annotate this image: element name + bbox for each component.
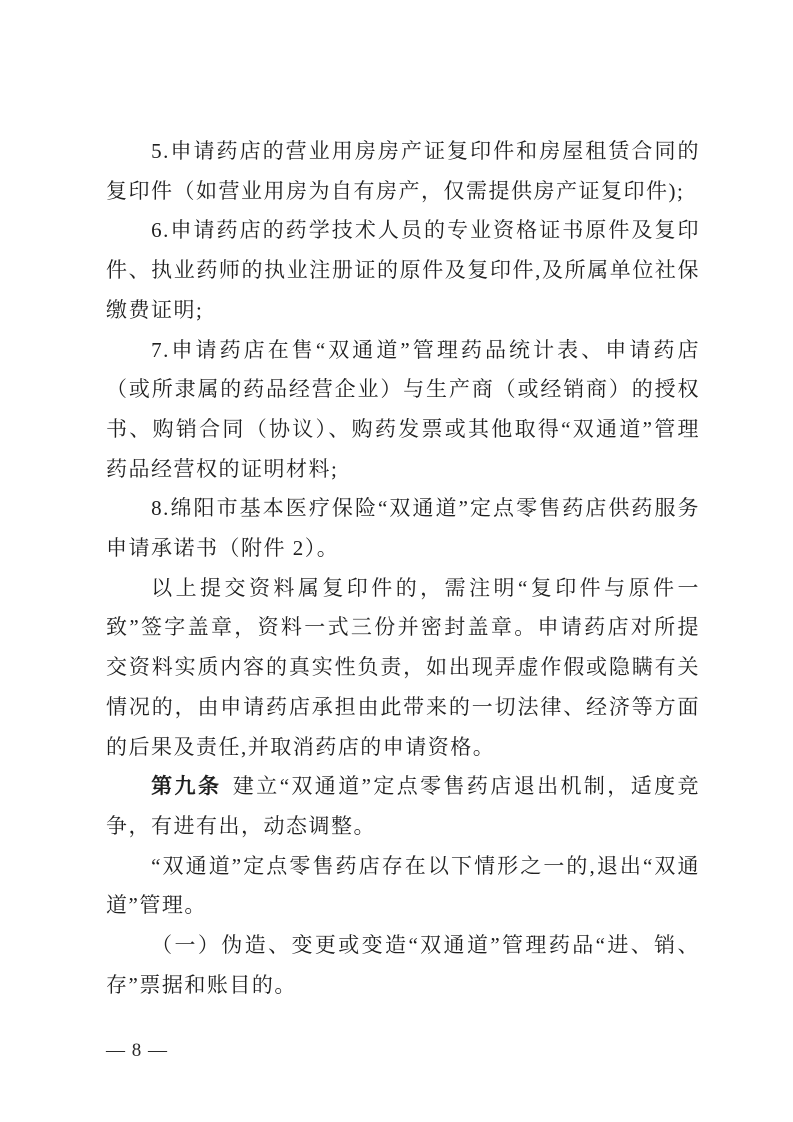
para-condition-1: （一）伪造、变更或变造“双通道”管理药品“进、销、存”票据和账目的。 bbox=[106, 926, 700, 1005]
para-article-9: 第九条建立“双通道”定点零售药店退出机制，适度竞争，有进有出，动态调整。 bbox=[106, 767, 700, 846]
article-9-term: 第九条 bbox=[151, 774, 221, 798]
para-item-8-commitment-letter: 8.绵阳市基本医疗保险“双通道”定点零售药店供药服务申请承诺书（附件 2）。 bbox=[106, 489, 700, 568]
para-exit-conditions-intro: “双通道”定点零售药店存在以下情形之一的,退出“双通道”管理。 bbox=[106, 847, 700, 926]
document-page: 5.申请药店的营业用房房产证复印件和房屋租赁合同的复印件（如营业用房为自有房产，… bbox=[0, 0, 793, 1122]
para-item-5: 5.申请药店的营业用房房产证复印件和房屋租赁合同的复印件（如营业用房为自有房产，… bbox=[106, 132, 700, 211]
page-number: — 8 — bbox=[106, 1040, 168, 1062]
para-item-7: 7.申请药店在售“双通道”管理药品统计表、申请药店（或所隶属的药品经营企业）与生… bbox=[106, 331, 700, 490]
para-item-6: 6.申请药店的药学技术人员的专业资格证书原件及复印件、执业药师的执业注册证的原件… bbox=[106, 211, 700, 330]
para-copy-certification-requirements: 以上提交资料属复印件的，需注明“复印件与原件一致”签字盖章，资料一式三份并密封盖… bbox=[106, 569, 700, 768]
document-body: 5.申请药店的营业用房房产证复印件和房屋租赁合同的复印件（如营业用房为自有房产，… bbox=[106, 132, 700, 1005]
